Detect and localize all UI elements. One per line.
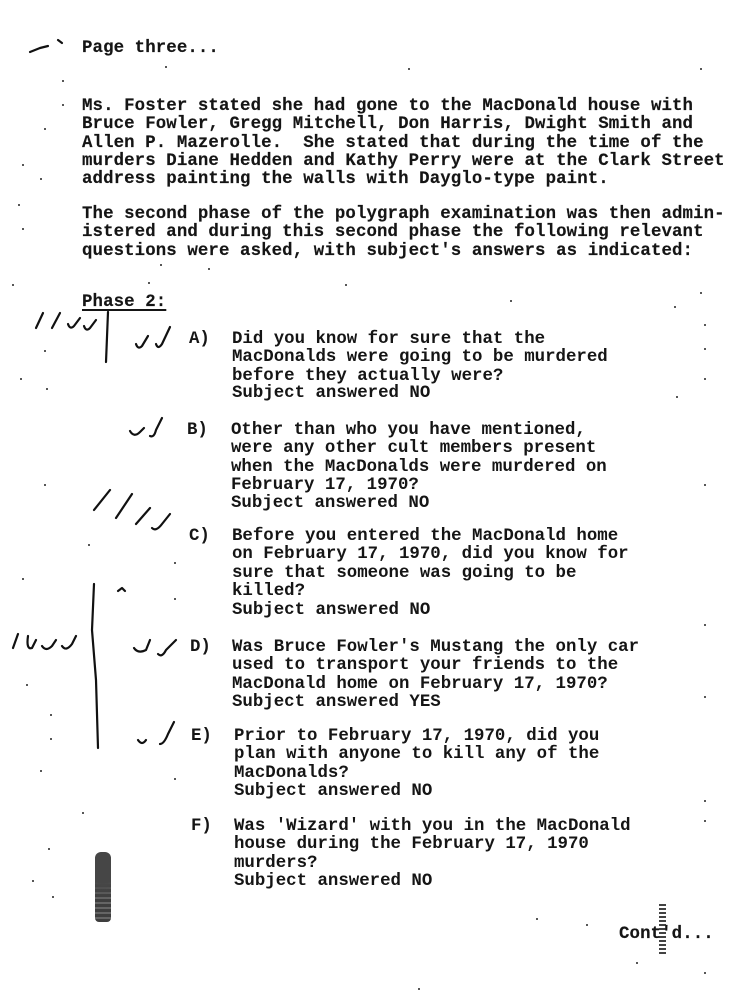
scan-speck [40, 178, 42, 180]
scan-speck [704, 800, 706, 802]
document-page: Page three... Ms. Foster stated she had … [0, 0, 740, 993]
question-text: Other than who you have mentioned, were … [231, 422, 607, 495]
paragraph-foster-statement: Ms. Foster stated she had gone to the Ma… [82, 98, 725, 189]
question-answer: Subject answered NO [231, 495, 429, 513]
ink-smudge [95, 852, 111, 922]
scan-speck [12, 284, 14, 286]
scan-speck [345, 284, 347, 286]
question-letter: B) [187, 422, 208, 440]
question-answer: Subject answered NO [232, 602, 430, 620]
scan-speck [148, 282, 150, 284]
continued-footer: Cont'd... [619, 926, 714, 944]
question-letter: F) [191, 818, 212, 836]
scan-speck [48, 848, 50, 850]
question-text: Before you entered the MacDonald home on… [232, 528, 629, 601]
scan-speck [674, 306, 676, 308]
question-answer: Subject answered NO [234, 873, 432, 891]
scan-speck [704, 624, 706, 626]
scan-speck [18, 204, 20, 206]
scan-speck [408, 68, 410, 70]
scan-speck [418, 988, 420, 990]
question-answer: Subject answered YES [232, 694, 441, 712]
question-text: Was 'Wizard' with you in the MacDonald h… [234, 818, 631, 873]
scan-speck [676, 396, 678, 398]
scan-speck [636, 962, 638, 964]
question-text: Did you know for sure that the MacDonald… [232, 331, 608, 386]
scan-speck [704, 972, 706, 974]
question-answer: Subject answered NO [232, 385, 430, 403]
scan-speck [22, 228, 24, 230]
page-header: Page three... [82, 40, 219, 58]
scan-speck [704, 820, 706, 822]
scan-speck [704, 378, 706, 380]
scan-speck [536, 918, 538, 920]
scan-speck [704, 348, 706, 350]
scan-speck [88, 544, 90, 546]
scan-speck [510, 300, 512, 302]
scan-speck [22, 578, 24, 580]
scan-speck [44, 128, 46, 130]
scan-speck [50, 714, 52, 716]
scan-speck [704, 696, 706, 698]
question-text: Prior to February 17, 1970, did you plan… [234, 728, 599, 783]
scan-speck [174, 598, 176, 600]
scan-speck [40, 770, 42, 772]
paragraph-polygraph-intro: The second phase of the polygraph examin… [82, 206, 725, 261]
scan-speck [50, 738, 52, 740]
scan-speck [32, 880, 34, 882]
scan-speck [704, 484, 706, 486]
scan-speck [586, 924, 588, 926]
scan-speck [704, 324, 706, 326]
scan-speck [174, 778, 176, 780]
scan-speck [44, 484, 46, 486]
scan-speck [22, 164, 24, 166]
question-letter: E) [191, 728, 212, 746]
scan-speck [52, 896, 54, 898]
scan-speck [44, 350, 46, 352]
section-title-phase-2: Phase 2: [82, 294, 166, 312]
scan-speck [26, 684, 28, 686]
question-answer: Subject answered NO [234, 783, 432, 801]
scan-speck [82, 812, 84, 814]
scan-speck [165, 66, 167, 68]
scan-speck [174, 562, 176, 564]
scan-speck [208, 268, 210, 270]
ink-smudge [659, 902, 666, 954]
scan-speck [20, 378, 22, 380]
scan-speck [700, 292, 702, 294]
question-text: Was Bruce Fowler's Mustang the only car … [232, 639, 639, 694]
question-letter: A) [189, 331, 210, 349]
question-letter: D) [190, 639, 211, 657]
scan-speck [160, 264, 162, 266]
scan-speck [700, 68, 702, 70]
question-letter: C) [189, 528, 210, 546]
scan-speck [46, 388, 48, 390]
scan-speck [62, 104, 64, 106]
scan-speck [62, 80, 64, 82]
